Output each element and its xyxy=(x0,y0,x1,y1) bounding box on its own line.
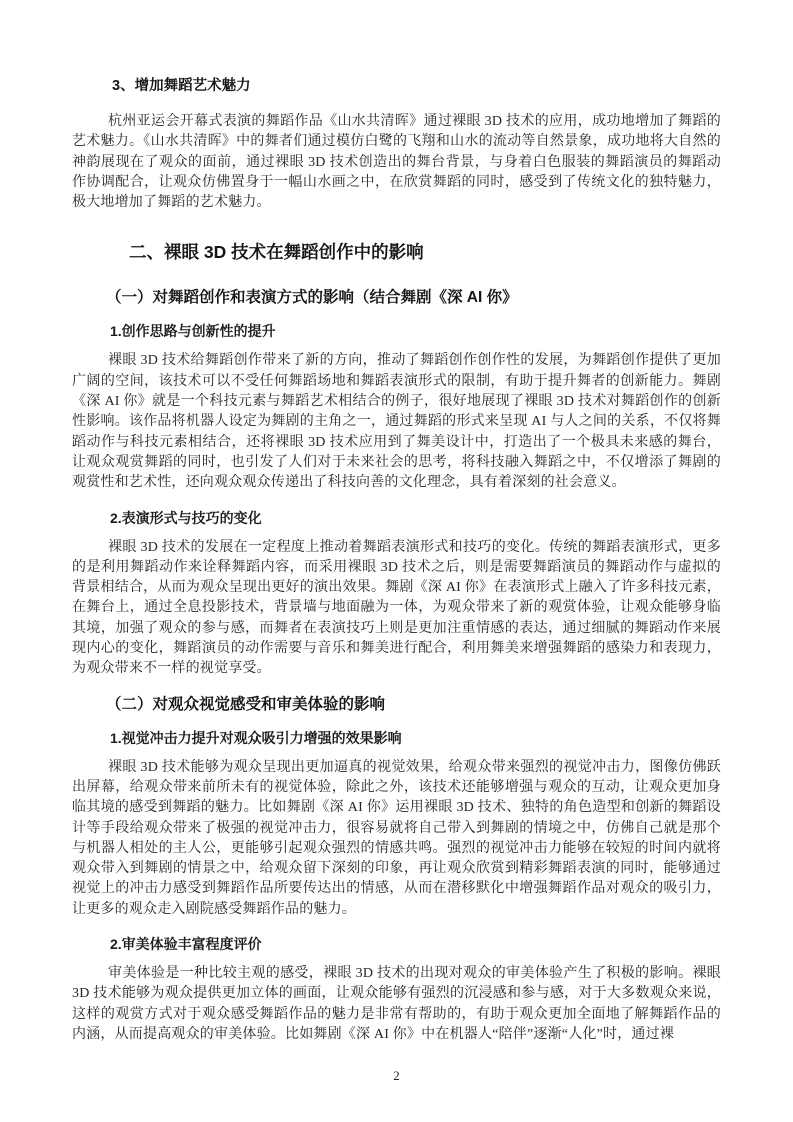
point-heading-aesthetic-experience: 2.审美体验丰富程度评价 xyxy=(72,934,721,954)
document-page: 3、增加舞蹈艺术魅力 杭州亚运会开幕式表演的舞蹈作品《山水共清晖》通过裸眼 3D… xyxy=(0,0,793,1122)
paragraph-aesthetic-experience: 审美体验是一种比较主观的感受，裸眼 3D 技术的出现对观众的审美体验产生了积极的… xyxy=(72,964,721,1045)
point-heading-creative-thinking: 1.创作思路与创新性的提升 xyxy=(72,321,721,341)
paragraph-hangzhou-asian-games: 杭州亚运会开幕式表演的舞蹈作品《山水共清晖》通过裸眼 3D 技术的应用，成功地增… xyxy=(72,112,721,213)
section-heading-visual-aesthetic: （二）对观众视觉感受和审美体验的影响 xyxy=(72,694,721,716)
point-heading-performance-form: 2.表演形式与技巧的变化 xyxy=(72,508,721,528)
point-heading-visual-impact: 1.视觉冲击力提升对观众吸引力增强的效果影响 xyxy=(72,728,721,748)
chapter-heading-naked-eye-3d-influence: 二、裸眼 3D 技术在舞蹈创作中的影响 xyxy=(72,239,721,265)
paragraph-visual-impact: 裸眼 3D 技术能够为观众呈现出更加逼真的视觉效果，给观众带来强烈的视觉冲击力，… xyxy=(72,758,721,920)
section-heading-creation-performance: （一）对舞蹈创作和表演方式的影响（结合舞剧《深 AI 你》 xyxy=(72,287,721,309)
paragraph-performance-form-change: 裸眼 3D 技术的发展在一定程度上推动着舞蹈表演形式和技巧的变化。传统的舞蹈表演… xyxy=(72,538,721,680)
page-footer: 2 xyxy=(0,1068,793,1084)
heading-increase-dance-charm: 3、增加舞蹈艺术魅力 xyxy=(72,76,721,96)
paragraph-creative-direction: 裸眼 3D 技术给舞蹈创作带来了新的方向，推动了舞蹈创作创作性的发展，为舞蹈创作… xyxy=(72,351,721,493)
page-number: 2 xyxy=(393,1068,400,1083)
document-content: 3、增加舞蹈艺术魅力 杭州亚运会开幕式表演的舞蹈作品《山水共清晖》通过裸眼 3D… xyxy=(72,76,721,1059)
